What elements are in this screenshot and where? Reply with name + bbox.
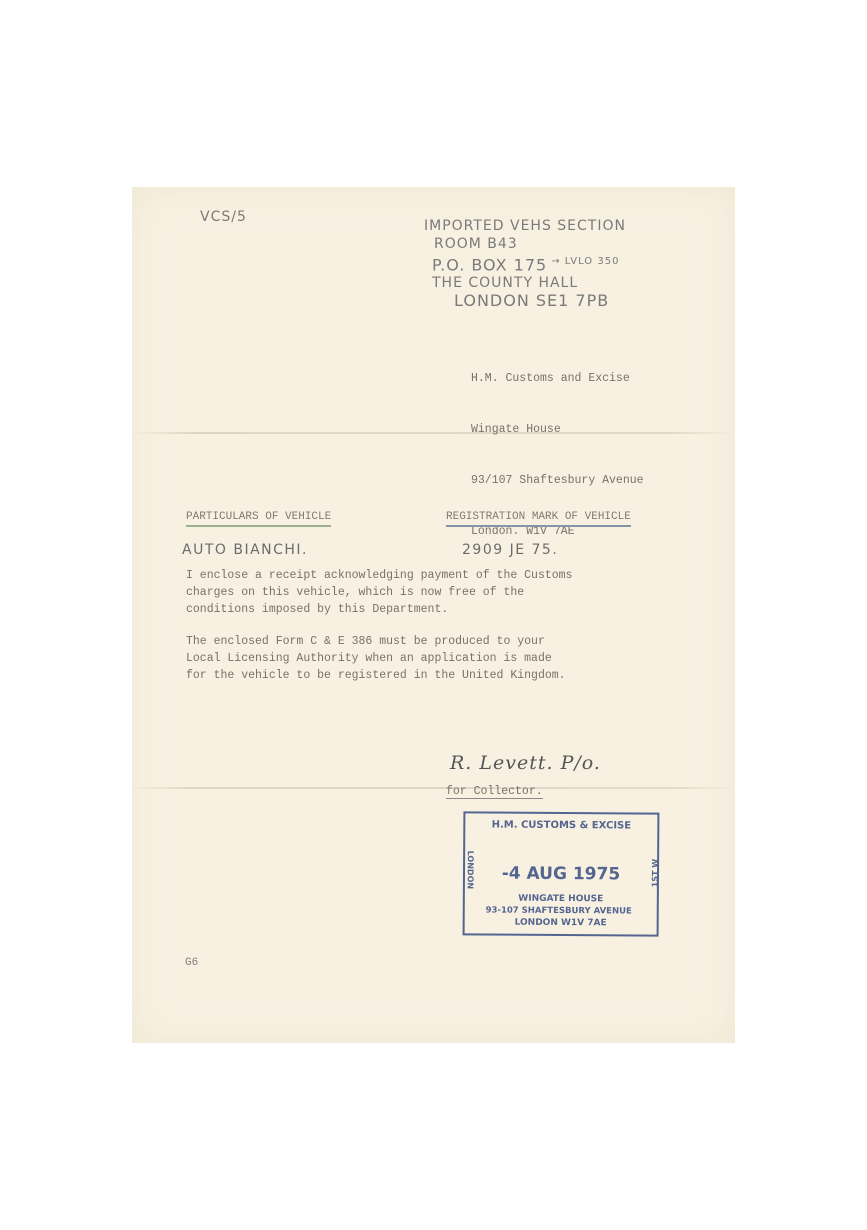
sender-address: H.M. Customs and Excise Wingate House 93… (471, 336, 644, 574)
po-box-note: → LVLO 350 (551, 256, 619, 267)
body-paragraph: The enclosed Form C & E 386 must be prod… (186, 633, 566, 684)
sender-address-line: 93/107 Shaftesbury Avenue (471, 472, 644, 489)
fold-line (132, 787, 735, 789)
handwritten-reference: VCS/5 (200, 209, 247, 225)
signature: R. Levett. P/o. (450, 752, 601, 774)
sender-address-line: Wingate House (471, 421, 644, 438)
stamp-line: LONDON W1V 7AE (465, 917, 657, 928)
stamp-date: -4 AUG 1975 (465, 863, 657, 884)
footer-code: G6 (185, 957, 198, 969)
handwritten-address-line: IMPORTED VEHS SECTION (424, 217, 626, 235)
registration-heading: REGISTRATION MARK OF VEHICLE (446, 511, 631, 527)
po-box: P.O. BOX 175 (432, 255, 547, 274)
customs-stamp: H.M. CUSTOMS & EXCISE LONDON 1ST W -4 AU… (463, 811, 660, 936)
stamp-line: 93-107 SHAFTESBURY AVENUE (463, 905, 655, 916)
fold-line (132, 432, 735, 434)
handwritten-address: IMPORTED VEHS SECTION ROOM B43 P.O. BOX … (424, 217, 626, 310)
vehicle-make: AUTO BIANCHI. (182, 542, 308, 558)
stamp-line: WINGATE HOUSE (465, 893, 657, 904)
handwritten-address-line: THE COUNTY HALL (432, 274, 626, 292)
stamp-title: H.M. CUSTOMS & EXCISE (465, 819, 657, 831)
particulars-heading: PARTICULARS OF VEHICLE (186, 511, 331, 527)
sender-address-line: H.M. Customs and Excise (471, 370, 644, 387)
signatory-label: for Collector. (446, 785, 543, 799)
body-paragraph: I enclose a receipt acknowledging paymen… (186, 567, 572, 618)
handwritten-address-line: LONDON SE1 7PB (454, 292, 626, 310)
vehicle-registration: 2909 JE 75. (462, 542, 558, 558)
letter-page: VCS/5 IMPORTED VEHS SECTION ROOM B43 P.O… (132, 187, 735, 1043)
handwritten-address-line: ROOM B43 (434, 235, 626, 253)
handwritten-address-line: P.O. BOX 175→ LVLO 350 (432, 253, 626, 274)
